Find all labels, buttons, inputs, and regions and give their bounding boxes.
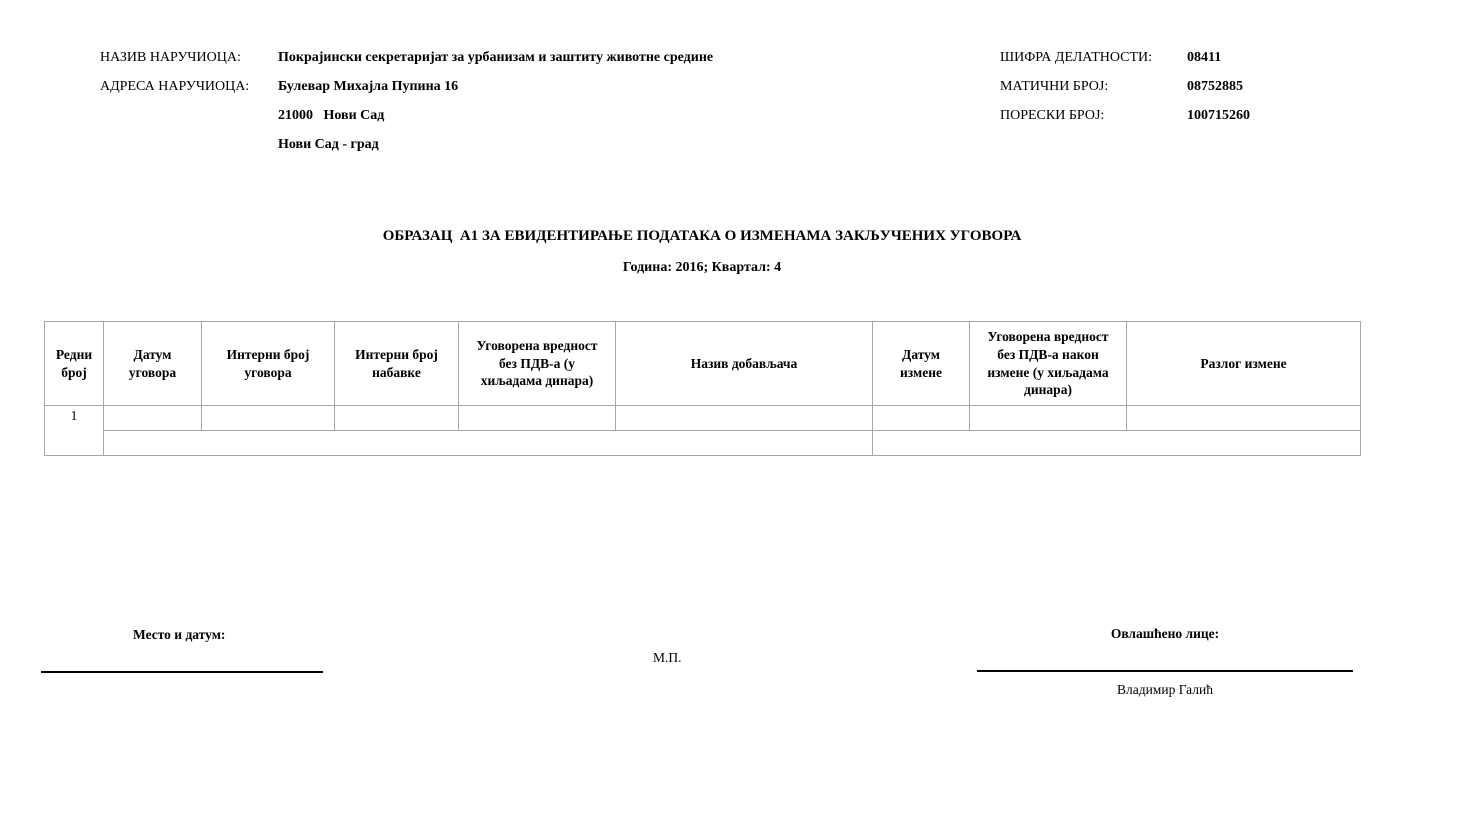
- table-cell: [202, 406, 335, 431]
- buyer-postal-city-row: 21000 Нови Сад: [100, 101, 713, 130]
- table-merged-cell: [104, 431, 873, 456]
- field-label: НАЗИВ НАРУЧИОЦА:: [100, 43, 278, 72]
- buyer-info-block: НАЗИВ НАРУЧИОЦА:Покрајински секретаријат…: [100, 43, 713, 159]
- tax-number-row: ПОРЕСКИ БРОЈ:100715260: [1000, 101, 1250, 130]
- field-value: 21000 Нови Сад: [278, 108, 384, 123]
- activity-code-row: ШИФРА ДЕЛАТНОСТИ:08411: [1000, 43, 1250, 72]
- place-date-signature-line: [41, 671, 323, 673]
- registry-info-block: ШИФРА ДЕЛАТНОСТИ:08411 МАТИЧНИ БРОЈ:0875…: [1000, 43, 1250, 130]
- table-cell: [873, 406, 970, 431]
- document-page: НАЗИВ НАРУЧИОЦА:Покрајински секретаријат…: [0, 0, 1473, 815]
- form-subtitle: Година: 2016; Квартал: 4: [44, 260, 1360, 276]
- field-value: Нови Сад - град: [278, 137, 379, 152]
- company-number-row: МАТИЧНИ БРОЈ:08752885: [1000, 72, 1250, 101]
- field-value: 100715260: [1187, 108, 1250, 123]
- field-label: АДРЕСА НАРУЧИОЦА:: [100, 72, 278, 101]
- table-cell: [970, 406, 1127, 431]
- field-value: 08411: [1187, 50, 1221, 65]
- column-header-internal-procurement-number: Интерни број набавке: [335, 322, 459, 406]
- column-header-contract-date: Датум уговора: [104, 322, 202, 406]
- buyer-municipality-row: Нови Сад - град: [100, 130, 713, 159]
- authorized-person-signature-line: [977, 670, 1353, 672]
- column-header-change-date: Датум измене: [873, 322, 970, 406]
- table-cell: [1127, 406, 1361, 431]
- column-header-change-reason: Разлог измене: [1127, 322, 1361, 406]
- field-label: ШИФРА ДЕЛАТНОСТИ:: [1000, 43, 1187, 72]
- table-row: [45, 431, 1361, 456]
- field-value: 08752885: [1187, 79, 1243, 94]
- column-header-ordinal: Редни број: [45, 322, 104, 406]
- buyer-name-row: НАЗИВ НАРУЧИОЦА:Покрајински секретаријат…: [100, 43, 713, 72]
- field-value: Покрајински секретаријат за урбанизам и …: [278, 50, 713, 65]
- contract-changes-table: Редни број Датум уговора Интерни број уг…: [44, 321, 1361, 456]
- authorized-person-label: Овлашћено лице:: [977, 626, 1353, 642]
- column-header-contract-value: Уговорена вредност без ПДВ-а (у хиљадама…: [459, 322, 616, 406]
- table-cell: [459, 406, 616, 431]
- table-cell: [335, 406, 459, 431]
- column-header-value-after-change: Уговорена вредност без ПДВ-а након измен…: [970, 322, 1127, 406]
- column-header-supplier-name: Назив добављача: [616, 322, 873, 406]
- form-title: ОБРАЗАЦ А1 ЗА ЕВИДЕНТИРАЊЕ ПОДАТАКА О ИЗ…: [44, 228, 1360, 245]
- table-merged-cell: [873, 431, 1361, 456]
- field-value: Булевар Михајла Пупина 16: [278, 79, 458, 94]
- stamp-label: М.П.: [653, 650, 682, 666]
- authorized-person-name: Владимир Галић: [977, 682, 1353, 698]
- field-label: ПОРЕСКИ БРОЈ:: [1000, 101, 1187, 130]
- table-row: 1: [45, 406, 1361, 431]
- field-label: МАТИЧНИ БРОЈ:: [1000, 72, 1187, 101]
- table-cell: [616, 406, 873, 431]
- place-date-label: Место и датум:: [133, 627, 225, 643]
- table-header-row: Редни број Датум уговора Интерни број уг…: [45, 322, 1361, 406]
- table-cell: [104, 406, 202, 431]
- row-ordinal-cell: 1: [45, 406, 104, 456]
- buyer-address-row: АДРЕСА НАРУЧИОЦА:Булевар Михајла Пупина …: [100, 72, 713, 101]
- column-header-internal-contract-number: Интерни број уговора: [202, 322, 335, 406]
